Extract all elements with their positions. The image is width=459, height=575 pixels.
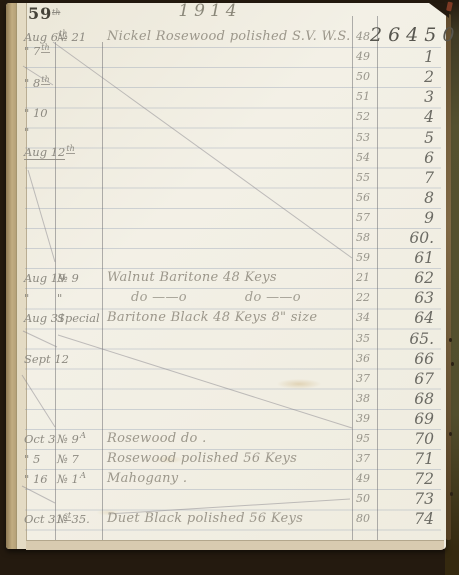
date-cell: " 7th	[24, 41, 60, 61]
serial-no-cell: 62	[374, 268, 434, 288]
description-cell: Walnut Baritone 48 Keys	[107, 268, 349, 288]
ledger-row: " 8th502	[0, 67, 459, 87]
year-heading: 1914	[150, 1, 270, 21]
batch-no-cell: 35	[350, 329, 376, 349]
date-cell: " 5	[24, 449, 60, 469]
model-no-cell: № 1A	[57, 469, 103, 491]
edge-speck	[449, 432, 452, 436]
serial-no-cell: 3	[374, 87, 434, 107]
ledger-row: 568	[0, 188, 459, 208]
description-cell: Duet Black polished 56 Keys	[107, 509, 349, 529]
date-cell: " 10	[24, 103, 60, 123]
ledger-row: Aug 12th546	[0, 148, 459, 168]
batch-no-cell: 22	[350, 288, 376, 308]
date-cell: "	[24, 288, 60, 308]
batch-no-cell: 95	[350, 429, 376, 449]
edge-speck	[449, 338, 452, 342]
batch-no-cell: 59	[350, 248, 376, 268]
batch-no-cell: 50	[350, 489, 376, 509]
serial-no-cell: 26450	[370, 25, 456, 45]
serial-no-cell: 4	[374, 107, 434, 127]
date-cell: Sept 12	[24, 349, 60, 369]
serial-no-cell: 69	[374, 409, 434, 429]
batch-no-cell: 54	[350, 148, 376, 168]
date-cell: Aug 19	[24, 268, 60, 288]
batch-no-cell: 49	[350, 47, 376, 67]
model-no-cell: № 35.	[57, 509, 103, 529]
serial-no-cell: 65.	[374, 329, 434, 349]
model-no-cell: Special	[57, 308, 103, 328]
batch-no-cell: 36	[350, 349, 376, 369]
serial-no-cell: 72	[374, 469, 434, 489]
ledger-row: Aug 31SpecialBaritone Black 48 Keys 8" s…	[0, 308, 459, 328]
serial-no-cell: 1	[374, 47, 434, 67]
edge-speck	[451, 362, 454, 366]
serial-no-cell: 60.	[374, 228, 434, 248]
date-cell: Oct 3	[24, 429, 60, 449]
description-cell: Nickel Rosewood polished S.V. W.S.	[107, 27, 349, 47]
serial-no-cell: 74	[374, 509, 434, 529]
batch-no-cell: 52	[350, 107, 376, 127]
ledger-row: Aug 19№ 9Walnut Baritone 48 Keys2162	[0, 268, 459, 288]
serial-no-cell: 67	[374, 369, 434, 389]
batch-no-cell: 50	[350, 67, 376, 87]
serial-no-cell: 64	[374, 308, 434, 328]
serial-no-cell: 2	[374, 67, 434, 87]
batch-no-cell: 39	[350, 409, 376, 429]
model-no-cell: № 9A	[57, 429, 103, 451]
batch-no-cell: 58	[350, 228, 376, 248]
batch-no-cell: 80	[350, 509, 376, 529]
description-cell: Rosewood do .	[107, 429, 349, 449]
ledger-row: 3767	[0, 369, 459, 389]
ledger-row: 557	[0, 168, 459, 188]
ledger-row: " 16№ 1AMahogany .4972	[0, 469, 459, 489]
batch-no-cell: 49	[350, 469, 376, 489]
batch-no-cell: 38	[350, 389, 376, 409]
serial-no-cell: 68	[374, 389, 434, 409]
batch-no-cell: 57	[350, 208, 376, 228]
ledger-row: Oct 31st№ 35.Duet Black polished 56 Keys…	[0, 509, 459, 529]
batch-no-cell: 55	[350, 168, 376, 188]
date-cell: Aug 31	[24, 308, 60, 328]
model-no-cell: № 21	[57, 27, 103, 47]
ledger-row: 3868	[0, 389, 459, 409]
serial-no-cell: 8	[374, 188, 434, 208]
date-cell: Oct 31st	[24, 509, 60, 529]
description-cell: Rosewood polished 56 Keys	[107, 449, 349, 469]
description-cell: Baritone Black 48 Keys 8" size	[107, 308, 349, 328]
batch-no-cell: 34	[350, 308, 376, 328]
ledger-row: 513	[0, 87, 459, 107]
serial-no-cell: 63	[374, 288, 434, 308]
batch-no-cell: 21	[350, 268, 376, 288]
edge-speck	[450, 492, 453, 496]
serial-no-cell: 70	[374, 429, 434, 449]
photographed-ledger-page: 59 th 1914 Aug 6th№ 21Nickel Rosewood po…	[0, 0, 459, 575]
page-number-mark: th	[52, 8, 60, 17]
ledger-row: " 7th491	[0, 47, 459, 67]
description-cell: Mahogany .	[107, 469, 349, 489]
ledger-row: 579	[0, 208, 459, 228]
date-cell: "	[24, 122, 60, 142]
ledger-row: Aug 6th№ 21Nickel Rosewood polished S.V.…	[0, 27, 459, 47]
batch-no-cell: 56	[350, 188, 376, 208]
date-cell: Aug 12th	[24, 142, 60, 162]
ledger-row: Oct 3№ 9ARosewood do .9570	[0, 429, 459, 449]
description-ditto-cell: do ——odo ——o	[107, 288, 349, 308]
serial-no-cell: 7	[374, 168, 434, 188]
ledger-row: 5860.	[0, 228, 459, 248]
ledger-row: " 10524	[0, 107, 459, 127]
serial-no-cell: 6	[374, 148, 434, 168]
batch-no-cell: 53	[350, 128, 376, 148]
model-no-cell: "	[57, 288, 103, 308]
page-number: 59	[28, 4, 52, 23]
serial-no-cell: 71	[374, 449, 434, 469]
ledger-row: " 5№ 7Rosewood polished 56 Keys3771	[0, 449, 459, 469]
serial-no-cell: 5	[374, 128, 434, 148]
batch-no-cell: 37	[350, 369, 376, 389]
date-cell: " 16	[24, 469, 60, 489]
ledger-row: 3969	[0, 409, 459, 429]
ledger-row: 5961	[0, 248, 459, 268]
ledger-row: Sept 123666	[0, 349, 459, 369]
batch-no-cell: 37	[350, 449, 376, 469]
ledger-row: 3565.	[0, 329, 459, 349]
serial-no-cell: 61	[374, 248, 434, 268]
serial-no-cell: 66	[374, 349, 434, 369]
serial-no-cell: 73	[374, 489, 434, 509]
batch-no-cell: 51	[350, 87, 376, 107]
serial-no-cell: 9	[374, 208, 434, 228]
model-no-cell: № 7	[57, 449, 103, 469]
ledger-row: 5073	[0, 489, 459, 509]
model-no-cell: № 9	[57, 268, 103, 288]
ledger-row: ""do ——odo ——o2263	[0, 288, 459, 308]
